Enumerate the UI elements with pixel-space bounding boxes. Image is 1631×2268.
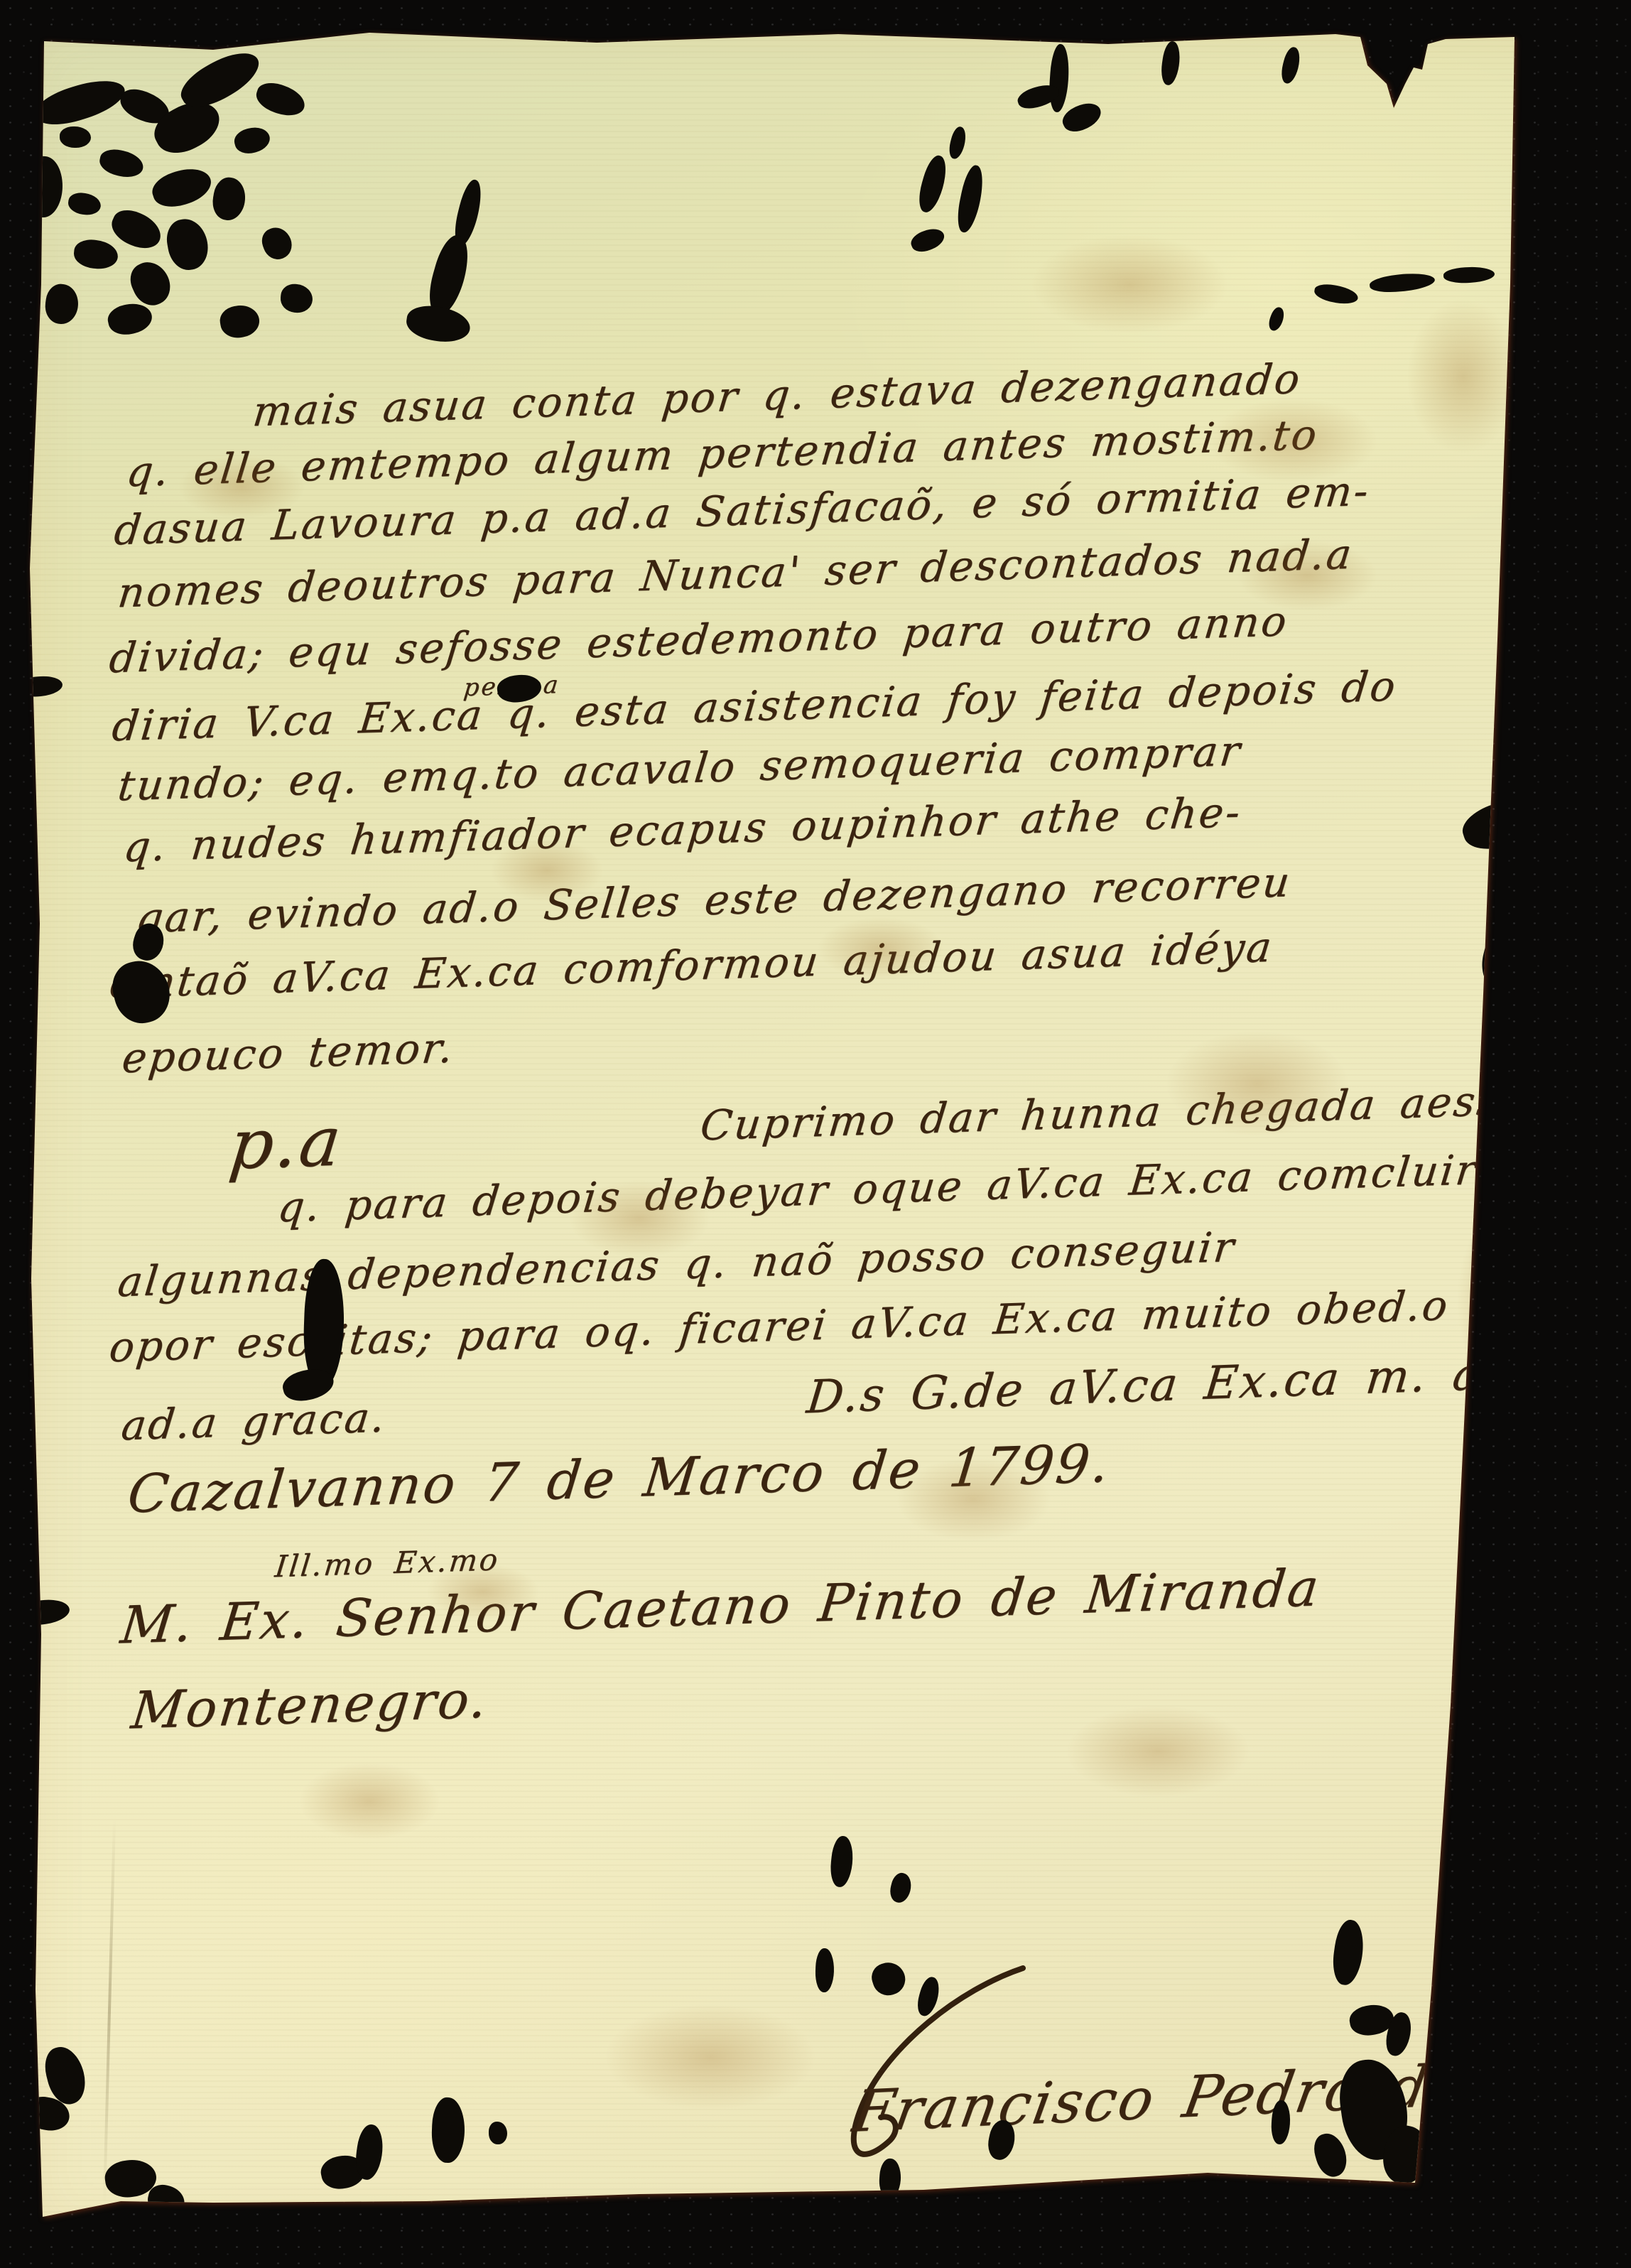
ink-blot (16, 674, 64, 699)
ink-blot (1310, 2129, 1350, 2180)
ink-blot (430, 2097, 465, 2164)
ink-blot (1058, 97, 1105, 136)
paper-stain (568, 1179, 710, 1258)
ink-blot (489, 2122, 507, 2144)
handwritten-line: ad.a graca. (119, 1393, 389, 1449)
paper-stain (298, 1762, 440, 1840)
ink-blot (1457, 789, 1553, 858)
manuscript-page: mais asua conta por q. estava dezenganad… (0, 0, 1631, 2268)
ink-blot (947, 125, 969, 160)
ink-blot (210, 175, 249, 223)
paper-stain (1066, 1705, 1250, 1798)
addressee-line: Montenegro. (129, 1669, 492, 1740)
ink-blot (218, 303, 262, 341)
ink-blot (1279, 45, 1303, 85)
ink-blot (97, 146, 146, 180)
handwritten-line: Cuprimo dar hunna chegada aessa (698, 1075, 1530, 1150)
paper-stain (1165, 1030, 1350, 1137)
ink-blot (43, 282, 80, 326)
ink-blot (279, 283, 313, 314)
handwritten-line: q. para depois debeyar oque aV.ca Ex.ca … (276, 1145, 1480, 1231)
ink-blot (163, 216, 212, 274)
ink-blot (1536, 897, 1573, 941)
paper-stain (1030, 234, 1229, 334)
paper-stain (1407, 298, 1520, 455)
valediction: D.s G.de aV.ca Ex.ca m. ann (804, 1346, 1547, 1425)
paper-stain (178, 455, 305, 519)
ink-blot (23, 155, 65, 218)
ink-blot (828, 1835, 855, 1889)
ink-blot (232, 124, 272, 157)
manuscript-page-wrap: mais asua conta por q. estava dezenganad… (0, 0, 1631, 2268)
paper-stain (426, 1563, 540, 1620)
ink-blot (353, 2123, 386, 2181)
paper-crease (103, 1819, 116, 2203)
ink-blot (253, 78, 309, 121)
ink-blot (1476, 921, 1534, 995)
ink-blot (174, 42, 266, 117)
margin-abbreviation: p.a (226, 1101, 347, 1184)
ink-blot (909, 225, 948, 256)
ink-blot (1505, 836, 1570, 931)
photograph-frame: mais asua conta por q. estava dezenganad… (0, 0, 1631, 2268)
ink-blot (1330, 1918, 1367, 1987)
ink-blot (1313, 282, 1359, 306)
ink-blot (404, 303, 472, 345)
ink-blot (887, 1871, 914, 1905)
ink-blot (1369, 271, 1436, 294)
ink-blot (16, 1597, 71, 1628)
paper-stain (1208, 398, 1378, 483)
ink-blot (1267, 306, 1287, 333)
paper-stain (895, 1457, 1051, 1542)
ink-blot (953, 163, 987, 234)
paper-stain (490, 838, 604, 902)
ink-blot (125, 256, 177, 311)
paper-stain (604, 2004, 817, 2110)
ink-blot (31, 72, 129, 133)
ink-blot (259, 224, 296, 264)
ink-blot (1159, 40, 1182, 87)
ink-blot (1443, 266, 1495, 284)
ink-blot (105, 300, 154, 338)
handwritten-line: epouco temor. (120, 1023, 457, 1082)
ink-blot (67, 191, 102, 217)
paper-stain (1236, 540, 1378, 611)
ink-blot (1048, 43, 1071, 113)
paper-stain (817, 917, 945, 981)
ink-blot (72, 238, 119, 271)
ink-blot (0, 887, 27, 934)
ink-blot (148, 162, 216, 213)
ink-blot (107, 204, 166, 254)
paper-stain (1456, 1208, 1556, 1393)
ink-blot (60, 126, 91, 148)
ink-blot (914, 153, 950, 215)
